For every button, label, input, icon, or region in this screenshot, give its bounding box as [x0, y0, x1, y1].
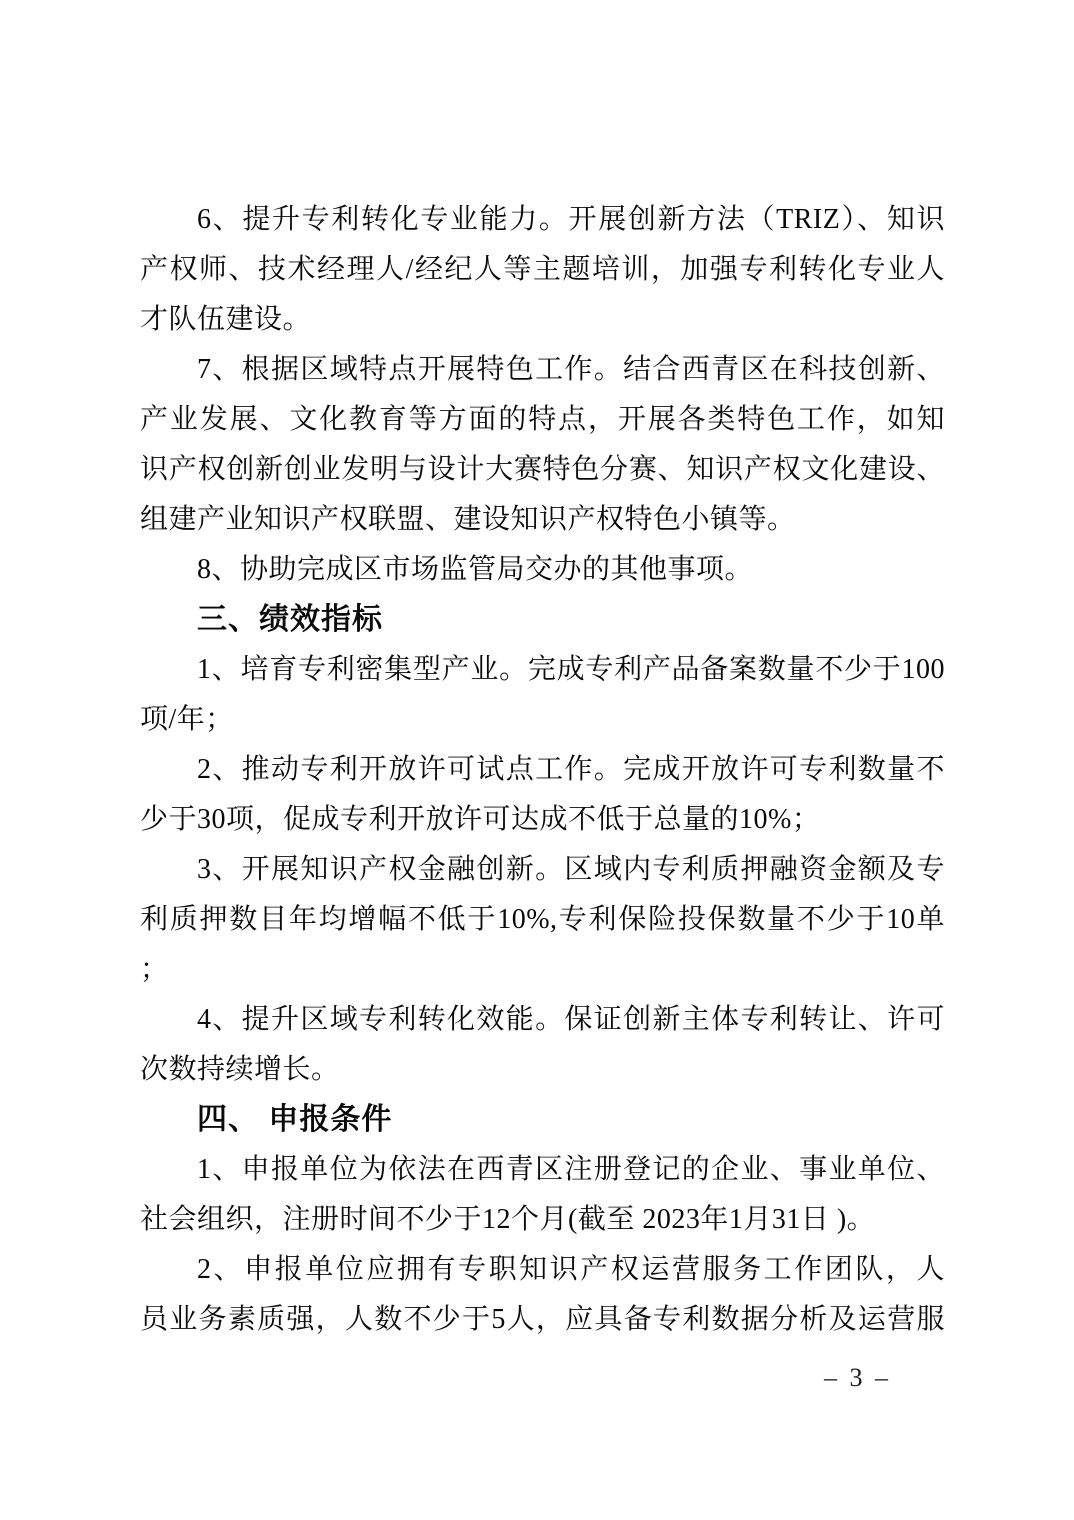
page-number: – 3 – — [824, 1358, 891, 1398]
condition2-line1: 2、申报单位应拥有专职知识产权运营服务工作团队，人 — [140, 1245, 945, 1295]
para8-line1: 8、协助完成区市场监管局交办的其他事项。 — [140, 545, 945, 595]
indicator2-line1: 2、推动专利开放许可试点工作。完成开放许可专利数量不 — [140, 745, 945, 795]
indicator3-line3: ； — [140, 945, 945, 995]
section-heading-application-conditions: 四、 申报条件 — [140, 1095, 945, 1145]
condition1-line1: 1、申报单位为依法在西青区注册登记的企业、事业单位、 — [140, 1145, 945, 1195]
para6-line2: 产权师、技术经理人/经纪人等主题培训，加强专利转化专业人 — [140, 245, 945, 295]
indicator1-line1: 1、培育专利密集型产业。完成专利产品备案数量不少于100 — [140, 645, 945, 695]
indicator4-line1: 4、提升区域专利转化效能。保证创新主体专利转让、许可 — [140, 995, 945, 1045]
para6-line3: 才队伍建设。 — [140, 295, 945, 345]
para7-line2: 产业发展、文化教育等方面的特点，开展各类特色工作，如知 — [140, 395, 945, 445]
para6-line1: 6、提升专利转化专业能力。开展创新方法（TRIZ）、知识 — [140, 195, 945, 245]
para7-line3: 识产权创新创业发明与设计大赛特色分赛、知识产权文化建设、 — [140, 445, 945, 495]
indicator2-line2: 少于30项，促成专利开放许可达成不低于总量的10%； — [140, 795, 945, 845]
indicator1-line2: 项/年； — [140, 695, 945, 745]
condition1-line2: 社会组织，注册时间不少于12个月(截至 2023年1月31日 )。 — [140, 1195, 945, 1245]
indicator3-line1: 3、开展知识产权金融创新。区域内专利质押融资金额及专 — [140, 845, 945, 895]
condition2-line2: 员业务素质强，人数不少于5人，应具备专利数据分析及运营服 — [140, 1295, 945, 1345]
para7-line4: 组建产业知识产权联盟、建设知识产权特色小镇等。 — [140, 495, 945, 545]
document-body: 6、提升专利转化专业能力。开展创新方法（TRIZ）、知识 产权师、技术经理人/经… — [140, 195, 945, 1345]
section-heading-performance-indicators: 三、绩效指标 — [140, 595, 945, 645]
indicator4-line2: 次数持续增长。 — [140, 1045, 945, 1095]
para7-line1: 7、根据区域特点开展特色工作。结合西青区在科技创新、 — [140, 345, 945, 395]
indicator3-line2: 利质押数目年均增幅不低于10%,专利保险投保数量不少于10单 — [140, 895, 945, 945]
